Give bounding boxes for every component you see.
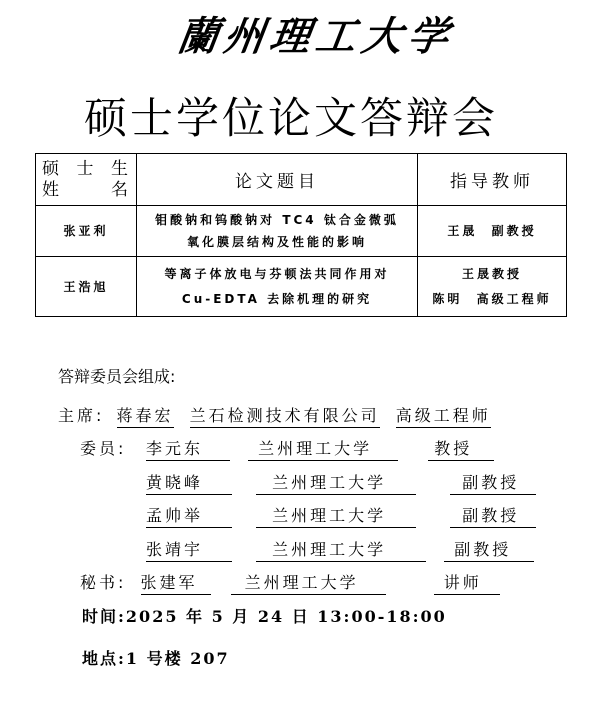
page-title: 硕士学位论文答辩会 — [84, 92, 498, 146]
table-row: 张亚利 钼酸钠和钨酸钠对 TC4 钛合金微弧 氧化膜层结构及性能的影响 王晟 副… — [36, 206, 567, 257]
thesis-title-cell: 等离子体放电与芬顿法共同作用对 Cu-EDTA 去除机理的研究 — [137, 257, 418, 317]
header-char: 士 — [77, 159, 94, 180]
committee-chair-row: 主席: 蒋春宏 兰石检测技术有限公司 高级工程师 — [58, 405, 491, 428]
committee-member-row: 张靖宇 兰州理工大学 副教授 — [146, 539, 534, 562]
secretary-org: 兰州理工大学 — [231, 573, 386, 595]
column-header-advisor: 指导教师 — [418, 154, 567, 206]
advisor-line: 陈明 高级工程师 — [418, 287, 566, 312]
member-name: 黄晓峰 — [146, 473, 232, 495]
secretary-title: 讲师 — [434, 573, 500, 595]
advisor-cell: 王晟教授 陈明 高级工程师 — [418, 257, 567, 317]
member-name: 孟帅举 — [146, 506, 232, 528]
time-value: 2025 年 5 月 24 日 13:00-18:00 — [126, 607, 447, 626]
member-name: 张靖宇 — [146, 540, 232, 562]
thesis-title-line: 等离子体放电与芬顿法共同作用对 — [137, 262, 417, 287]
student-name-cell: 王浩旭 — [36, 257, 137, 317]
place-value: 1 号楼 207 — [126, 649, 230, 668]
time-label: 时间: — [82, 607, 126, 626]
member-org: 兰州理工大学 — [256, 540, 426, 562]
header-char: 姓 — [42, 180, 59, 201]
header-char: 名 — [111, 180, 128, 201]
thesis-table: 硕 士 生 姓 名 论文题目 指导教师 张亚利 钼酸钠和钨酸钠对 TC4 钛合金… — [35, 153, 567, 317]
committee-member-row: 黄晓峰 兰州理工大学 副教授 — [146, 472, 536, 495]
defense-time-row: 时间:2025 年 5 月 24 日 13:00-18:00 — [82, 606, 447, 628]
secretary-label: 秘书: — [80, 573, 126, 592]
committee-member-row: 委员: — [80, 438, 126, 460]
chair-name: 蒋春宏 — [117, 406, 174, 428]
chair-label: 主席: — [58, 406, 104, 425]
table-header-row: 硕 士 生 姓 名 论文题目 指导教师 — [36, 154, 567, 206]
member-org: 兰州理工大学 — [256, 506, 416, 528]
thesis-title-cell: 钼酸钠和钨酸钠对 TC4 钛合金微弧 氧化膜层结构及性能的影响 — [137, 206, 418, 257]
member-org: 兰州理工大学 — [248, 439, 398, 461]
committee-heading: 答辩委员会组成: — [58, 366, 175, 388]
thesis-title-line: 钼酸钠和钨酸钠对 TC4 钛合金微弧 — [137, 209, 417, 231]
advisor-line: 王晟 副教授 — [418, 220, 566, 242]
header-char: 生 — [111, 159, 128, 180]
committee-member-row: 李元东 兰州理工大学 教授 — [146, 438, 494, 461]
chair-title: 高级工程师 — [396, 406, 491, 428]
committee-member-row: 孟帅举 兰州理工大学 副教授 — [146, 505, 536, 528]
header-char: 硕 — [42, 159, 59, 180]
table-row: 王浩旭 等离子体放电与芬顿法共同作用对 Cu-EDTA 去除机理的研究 王晟教授… — [36, 257, 567, 317]
column-header-student-name: 硕 士 生 姓 名 — [36, 154, 137, 206]
thesis-title-line: 氧化膜层结构及性能的影响 — [137, 231, 417, 253]
advisor-line: 王晟教授 — [418, 262, 566, 287]
advisor-cell: 王晟 副教授 — [418, 206, 567, 257]
member-org: 兰州理工大学 — [256, 473, 416, 495]
member-title: 教授 — [428, 439, 494, 461]
thesis-title-line: Cu-EDTA 去除机理的研究 — [137, 287, 417, 312]
university-calligraphy-logo: 蘭州理工大学 — [174, 12, 441, 62]
student-name-cell: 张亚利 — [36, 206, 137, 257]
member-title: 副教授 — [444, 540, 534, 562]
secretary-name: 张建军 — [141, 573, 211, 595]
member-title: 副教授 — [450, 473, 536, 495]
place-label: 地点: — [82, 649, 126, 668]
member-title: 副教授 — [450, 506, 536, 528]
committee-secretary-row: 秘书: 张建军 兰州理工大学 讲师 — [80, 572, 500, 595]
chair-org: 兰石检测技术有限公司 — [190, 406, 380, 428]
defense-place-row: 地点:1 号楼 207 — [82, 648, 230, 670]
member-name: 李元东 — [146, 439, 230, 461]
column-header-thesis-title: 论文题目 — [137, 154, 418, 206]
members-label: 委员: — [80, 439, 126, 458]
